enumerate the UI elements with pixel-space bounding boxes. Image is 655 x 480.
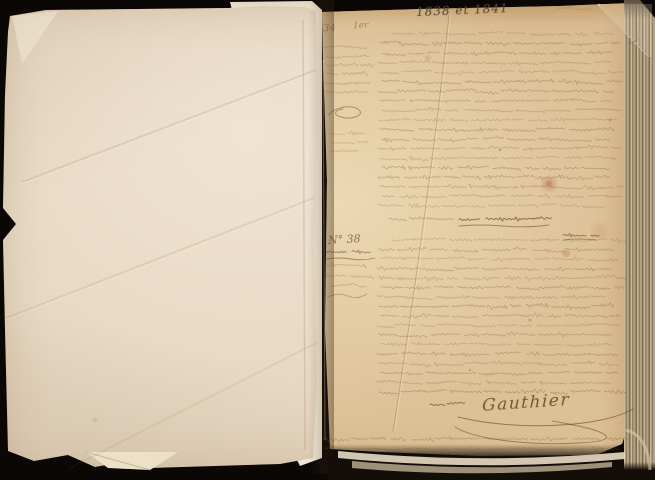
bottom-page-stack-shadow <box>328 444 655 480</box>
book-fore-edge <box>624 0 655 480</box>
margin-suffix-annotation: 1er <box>353 21 369 32</box>
archival-book-scan: 1838 et 1841 34 1er N° 38 Gauthier <box>0 0 655 480</box>
margin-number-annotation: 34 <box>323 23 336 34</box>
margin-entry-number: N° 38 <box>328 232 361 247</box>
